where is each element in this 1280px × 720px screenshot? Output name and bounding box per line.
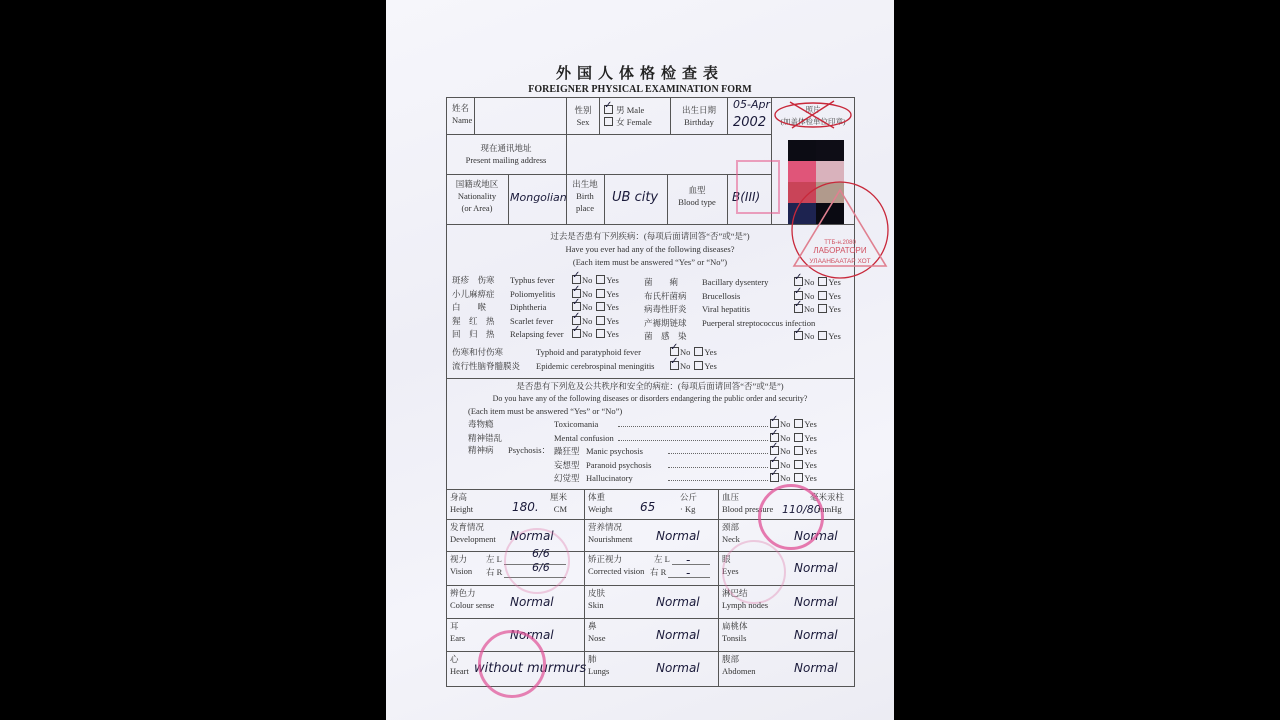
public-order-note: (Each item must be answered “Yes” or “No… — [468, 405, 622, 417]
female-checkbox[interactable] — [604, 117, 613, 126]
weight-value: 65 — [640, 500, 655, 514]
exam-field-label: 发育情况Development — [450, 521, 496, 545]
exam-field-label: 鼻Nose — [588, 620, 605, 644]
yes-no-answer: NoYes — [572, 328, 619, 340]
exam-field-label: 颈部Neck — [722, 521, 740, 545]
disease-label-en: Viral hepatitis — [702, 303, 750, 315]
disease-label-en: Bacillary dysentery — [702, 276, 768, 288]
disorder-label-en: Paranoid psychosis — [586, 459, 651, 471]
disease-label-cn: 白 喉 — [452, 301, 486, 313]
yes-checkbox[interactable] — [794, 473, 803, 482]
exam-field-label: 皮肤Skin — [588, 587, 605, 611]
svg-text:УЛААНБААТАР ХОТ: УЛААНБААТАР ХОТ — [809, 258, 870, 265]
height-value: 180. — [512, 500, 539, 514]
yes-checkbox[interactable] — [694, 347, 703, 356]
exam-field-label: 心Heart — [450, 653, 469, 677]
no-checkbox[interactable] — [670, 361, 679, 370]
exam-field-value: Normal — [794, 595, 838, 609]
no-label: No — [582, 289, 592, 299]
birthday-label: 出生日期Birthday — [672, 104, 726, 128]
public-order-heading-cn: 是否患有下列危及公共秩序和安全的病症：(每项后面请回答“否”或“是”) — [446, 380, 854, 392]
no-label: No — [582, 302, 592, 312]
vision-left-label: 左 L — [486, 553, 502, 565]
disease-label-en: Poliomyelitis — [510, 288, 555, 300]
exam-field-value: Normal — [656, 628, 700, 642]
yes-checkbox[interactable] — [596, 302, 605, 311]
yes-no-answer: NoYes — [794, 303, 841, 315]
no-checkbox[interactable] — [670, 347, 679, 356]
yes-label: Yes — [828, 291, 840, 301]
disease-label-cn: 小儿麻痹症 — [452, 288, 495, 300]
disease-label-cn: 布氏杆菌病 — [644, 290, 687, 302]
yes-checkbox[interactable] — [596, 329, 605, 338]
disease-label-en: Typhus fever — [510, 274, 555, 286]
address-label: 现在通讯地址Present mailing address — [446, 142, 566, 166]
disorder-label-en: Toxicomania — [554, 418, 598, 430]
yes-label: Yes — [704, 347, 716, 357]
disease-label-cn: 流行性脑脊髓膜炎 — [452, 360, 520, 372]
yes-label: Yes — [804, 433, 816, 443]
disease-label-cn: 病毒性肝炎 — [644, 303, 687, 315]
nationality-value: Mongolian — [510, 191, 567, 204]
blood-type-label: 血型Blood type — [667, 184, 727, 208]
birthplace-value: UB city — [612, 190, 658, 205]
yes-checkbox[interactable] — [596, 289, 605, 298]
exam-field-value: Normal — [656, 661, 700, 675]
exam-field-value: Normal — [656, 529, 700, 543]
exam-field-label: 矫正视力Corrected vision — [588, 553, 644, 577]
disorder-label-cn: 躁狂型 — [554, 445, 580, 457]
yes-checkbox[interactable] — [818, 291, 827, 300]
exam-field-label: 腹部Abdomen — [722, 653, 756, 677]
no-label: No — [780, 433, 790, 443]
no-label: No — [780, 446, 790, 456]
yes-label: Yes — [828, 331, 840, 341]
birthday-value-year: 2002 — [733, 115, 766, 130]
exam-field-value: Normal — [794, 561, 838, 575]
no-label: No — [804, 291, 814, 301]
exam-field-value: Normal — [510, 529, 554, 543]
yes-checkbox[interactable] — [794, 433, 803, 442]
yes-label: Yes — [828, 304, 840, 314]
exam-field-label: 肺Lungs — [588, 653, 609, 677]
exam-field-value: Normal — [794, 661, 838, 675]
exam-field-label: 视力Vision — [450, 553, 472, 577]
yes-label: Yes — [606, 275, 618, 285]
laboratory-stamp: ТТБ-н.2080 ЛАБОРАТОРИ УЛААНБААТАР ХОТ — [788, 178, 892, 282]
exam-field-value: without murmurs — [474, 661, 586, 676]
exam-field-label: 营养情况Nourishment — [588, 521, 632, 545]
yes-label: Yes — [606, 316, 618, 326]
corrected-left-value: - — [686, 553, 690, 567]
bp-unit: 毫米汞柱mmHg — [810, 491, 844, 515]
yes-checkbox[interactable] — [596, 316, 605, 325]
yes-checkbox[interactable] — [694, 361, 703, 370]
disease-label-en: Typhoid and paratyphoid fever — [536, 346, 641, 358]
exam-field-value: Normal — [794, 628, 838, 642]
yes-label: Yes — [606, 329, 618, 339]
dotted-leader — [668, 480, 768, 481]
vision-right-value: 6/6 — [532, 561, 550, 574]
photo-cross-out-icon — [772, 98, 854, 132]
no-label: No — [582, 316, 592, 326]
no-label: No — [582, 329, 592, 339]
yes-no-answer: NoYes — [794, 330, 841, 342]
disease-label-cn: 产褥期链球 — [644, 317, 687, 329]
yes-checkbox[interactable] — [794, 419, 803, 428]
exam-field-label: 耳Ears — [450, 620, 465, 644]
psychosis-label-cn: 精神病 — [468, 444, 494, 456]
yes-checkbox[interactable] — [818, 331, 827, 340]
vision-right-label: 右 R — [486, 566, 502, 578]
public-order-heading-en: Do you have any of the following disease… — [446, 393, 854, 405]
form-title-en: FOREIGNER PHYSICAL EXAMINATION FORM — [386, 84, 894, 95]
yes-label: Yes — [804, 460, 816, 470]
sex-options: 男 Male 女 Female — [604, 104, 652, 128]
weight-label: 体重Weight — [588, 491, 612, 515]
no-label: No — [780, 473, 790, 483]
birthplace-label: 出生地Birthplace — [566, 178, 604, 214]
no-checkbox[interactable] — [794, 331, 803, 340]
height-unit: 厘米CM — [550, 491, 567, 515]
dotted-leader — [618, 426, 768, 427]
exam-field-label: 扁桃体Tonsils — [722, 620, 748, 644]
disorder-label-cn: 精神错乱 — [468, 432, 502, 444]
bp-label: 血压Blood pressure — [722, 491, 773, 515]
name-label: 姓名Name — [452, 102, 472, 126]
yes-label: Yes — [606, 289, 618, 299]
disease-label-cn: 菌 痢 — [644, 276, 678, 288]
disorder-label-cn: 幻觉型 — [554, 472, 580, 484]
yes-checkbox[interactable] — [794, 446, 803, 455]
nationality-label: 国籍或地区Nationality(or Area) — [446, 178, 508, 214]
no-label: No — [680, 361, 690, 371]
disease-label-en: Brucellosis — [702, 290, 740, 302]
yes-label: Yes — [804, 446, 816, 456]
no-label: No — [780, 460, 790, 470]
dotted-leader — [618, 440, 768, 441]
yes-no-answer: NoYes — [670, 360, 717, 372]
no-label: No — [804, 304, 814, 314]
dotted-leader — [668, 467, 768, 468]
form-title-cn: 外国人体格检查表 — [386, 62, 894, 83]
no-label: No — [582, 275, 592, 285]
corrected-right-value: - — [686, 566, 690, 580]
vision-left-value: 6/6 — [532, 547, 550, 560]
exam-form-page: 外国人体格检查表 FOREIGNER PHYSICAL EXAMINATION … — [386, 0, 894, 720]
exam-field-label: 眼Eyes — [722, 553, 739, 577]
height-label: 身高Height — [450, 491, 473, 515]
no-checkbox[interactable] — [770, 473, 779, 482]
no-checkbox[interactable] — [572, 329, 581, 338]
disease-label-en: Diphtheria — [510, 301, 546, 313]
disease-label-cn: 回 归 热 — [452, 328, 495, 340]
no-label: No — [780, 419, 790, 429]
disease-label-en: Scarlet fever — [510, 315, 553, 327]
yes-label: Yes — [704, 361, 716, 371]
corrected-left-label: 左 L — [654, 553, 670, 565]
disorder-label-en: Mental confusion — [554, 432, 614, 444]
weight-unit: 公斤· Kg — [680, 491, 697, 515]
exam-field-label: 辨色力Colour sense — [450, 587, 494, 611]
disorder-label-cn: 毒物瘾 — [468, 418, 494, 430]
no-label: No — [804, 331, 814, 341]
exam-field-label: 淋巴结Lymph nodes — [722, 587, 768, 611]
yes-label: Yes — [804, 473, 816, 483]
no-label: No — [680, 347, 690, 357]
yes-label: Yes — [804, 419, 816, 429]
psychosis-label-en: Psychosis： — [508, 444, 550, 456]
no-checkbox[interactable] — [794, 304, 803, 313]
exam-field-value: Normal — [510, 628, 554, 642]
yes-checkbox[interactable] — [818, 304, 827, 313]
disease-label-cn: 菌 感 染 — [644, 330, 687, 342]
disease-label-cn: 猩 红 热 — [452, 315, 495, 327]
disease-label-cn: 伤寒和付伤寒 — [452, 346, 503, 358]
dotted-leader — [668, 453, 768, 454]
svg-text:ЛАБОРАТОРИ: ЛАБОРАТОРИ — [813, 246, 867, 255]
disorder-label-en: Hallucinatory — [586, 472, 633, 484]
corrected-right-label: 右 R — [650, 566, 666, 578]
disorder-label-cn: 妄想型 — [554, 459, 580, 471]
yes-checkbox[interactable] — [596, 275, 605, 284]
disorder-label-en: Manic psychosis — [586, 445, 643, 457]
disease-label-cn: 斑疹 伤寒 — [452, 274, 495, 286]
yes-checkbox[interactable] — [794, 460, 803, 469]
exam-field-value: Normal — [656, 595, 700, 609]
exam-field-value: Normal — [510, 595, 554, 609]
male-checkbox[interactable] — [604, 105, 613, 114]
pink-square-stamp — [736, 160, 780, 214]
disease-label-en: Relapsing fever — [510, 328, 564, 340]
sex-label: 性别Sex — [569, 104, 597, 128]
disease-label-en: Epidemic cerebrospinal meningitis — [536, 360, 655, 372]
yes-no-answer: NoYes — [770, 472, 817, 484]
yes-label: Yes — [606, 302, 618, 312]
birthday-value-day: 05-Apr — [733, 98, 770, 111]
exam-field-value: Normal — [794, 529, 838, 543]
